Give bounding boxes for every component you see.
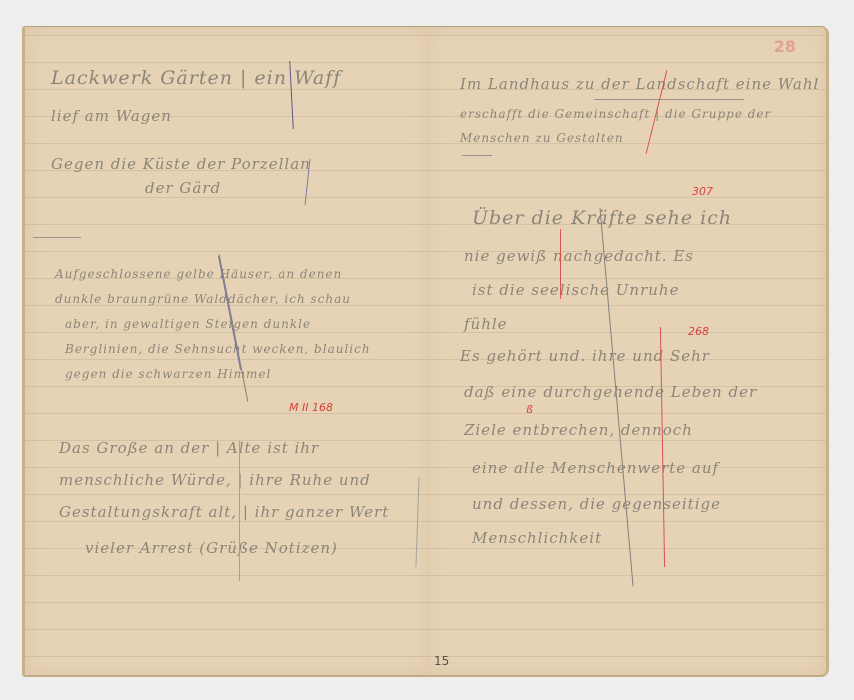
handwritten-line: Ziele entbrechen, dennoch [464, 421, 693, 439]
handwritten-line: lief am Wagen [51, 107, 172, 125]
handwritten-line: Gegen die Küste der Porzellan [51, 155, 311, 173]
handwritten-line: Aufgeschlossene gelbe Häuser, an denen [55, 267, 342, 281]
handwritten-line: der Gärd [145, 179, 221, 197]
red-reference-annotation: 307 [692, 185, 713, 198]
handwritten-line: Im Landhaus zu der Landschaft eine Wahl [460, 75, 819, 93]
page-number: 15 [434, 654, 449, 668]
handwritten-line: erschafft die Gemeinschaft | die Gruppe … [460, 107, 771, 121]
handwritten-line: eine alle Menschenwerte auf [472, 459, 719, 477]
handwritten-line: nie gewiß nachgedacht. Es [464, 247, 694, 265]
handwritten-line: Menschlichkeit [472, 529, 602, 547]
handwritten-line: Menschen zu Gestalten [460, 131, 624, 145]
red-divider-line [560, 229, 561, 299]
left-page: Lackwerk Gärten | ein Waff lief am Wagen… [22, 26, 429, 677]
handwritten-line: Das Große an der | Alte ist ihr [59, 439, 319, 457]
underline [594, 99, 744, 100]
red-divider-line [239, 441, 240, 581]
folio-stamp: 28 [774, 37, 796, 56]
handwritten-line: menschliche Würde, | ihre Ruhe und [59, 471, 371, 489]
red-reference-annotation: 268 [688, 325, 709, 338]
handwritten-line: aber, in gewaltigen Steigen dunkle [65, 317, 311, 331]
handwritten-line: Berglinien, die Sehnsucht wecken, blauli… [65, 342, 371, 356]
underline [462, 155, 492, 156]
pencil-margin-line [415, 477, 419, 567]
divider-stroke [33, 237, 81, 238]
handwritten-line: dunkle braungrüne Walddächer, ich schau [55, 292, 351, 306]
right-page: 28 Im Landhaus zu der Landschaft eine Wa… [426, 26, 829, 677]
handwritten-line: Gestaltungskraft alt, | ihr ganzer Wert [59, 503, 389, 521]
handwritten-line: fühle [464, 315, 508, 333]
red-reference-annotation: M II 168 [289, 401, 333, 414]
handwritten-line: und dessen, die gegenseitige [472, 495, 721, 513]
notebook-spread: Lackwerk Gärten | ein Waff lief am Wagen… [22, 26, 830, 674]
handwritten-line: ist die seelische Unruhe [472, 281, 679, 299]
handwritten-line: Es gehört und. ihre und Sehr [460, 347, 710, 365]
handwritten-line: vieler Arrest (Grüße Notizen) [85, 539, 338, 557]
red-mark: ß [526, 403, 533, 416]
handwritten-line: Lackwerk Gärten | ein Waff [51, 67, 341, 89]
handwritten-line: daß eine durchgehende Leben der [464, 383, 757, 401]
